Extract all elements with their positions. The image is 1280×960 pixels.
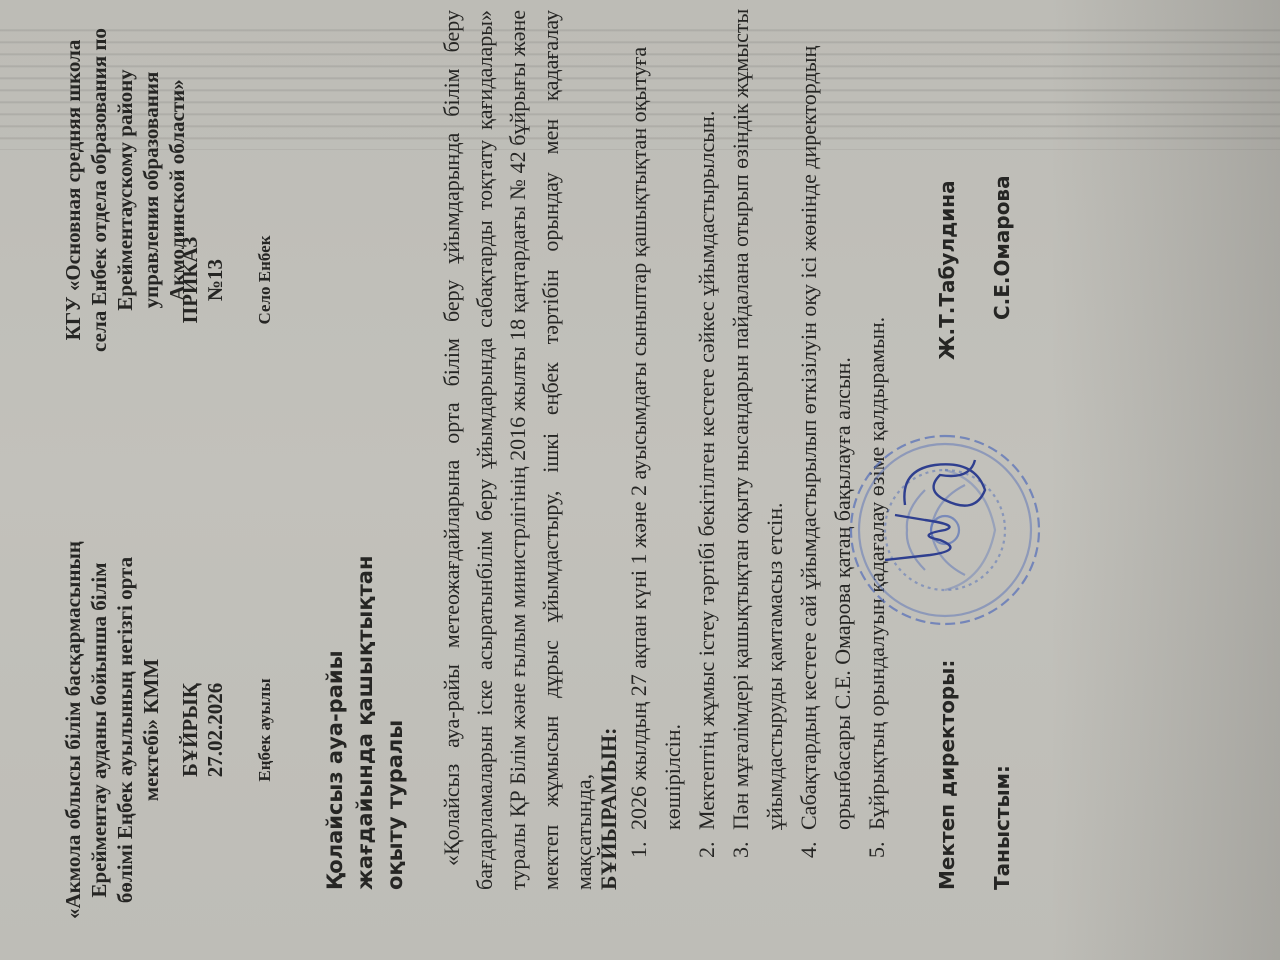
official-stamp-icon bbox=[845, 430, 1045, 630]
director-label: Мектеп директоры: bbox=[935, 660, 959, 890]
acknowledged-name: С.Е.Омарова bbox=[990, 175, 1014, 320]
order-item: Сабақтардың кестеге сай ұйымдастырылып ө… bbox=[792, 0, 860, 836]
acknowledged-label: Таныстым: bbox=[990, 765, 1014, 890]
order-block-kazakh: БҰЙРЫҚ 27.02.2026 bbox=[178, 630, 228, 830]
director-name: Ж.Т.Табулдина bbox=[935, 180, 959, 360]
subject-line: оқыту туралы bbox=[380, 470, 410, 890]
subject-line: Қолайсыз ауа-райы bbox=[320, 470, 350, 890]
header-russian: КГУ «Основная средняя школа села Енбек о… bbox=[60, 20, 190, 360]
subject-line: жағдайында қашықтықтан bbox=[350, 470, 380, 890]
order-directive: БҰЙЫРАМЫН: bbox=[596, 728, 622, 890]
order-title-kazakh: БҰЙРЫҚ bbox=[178, 630, 203, 830]
document-page: «Акмола облысы білім басқармасының Ерейм… bbox=[0, 0, 1280, 960]
preamble-paragraph: «Қолайсыз ауа-райы метеожағдайларына орт… bbox=[435, 10, 600, 890]
order-item: Мектептің жұмыс істеу тәртібі бекітілген… bbox=[690, 0, 724, 836]
place-russian: Село Енбек bbox=[255, 180, 275, 380]
order-title-russian: ПРИКАЗ bbox=[178, 180, 203, 380]
order-block-russian: ПРИКАЗ №13 bbox=[178, 180, 228, 380]
order-item: Пән мұғалімдері қашықтықтан оқыту нысанд… bbox=[724, 0, 792, 836]
order-item: Бұйрықтың орындалуын қадағалау өзіме қал… bbox=[860, 0, 894, 836]
order-number: №13 bbox=[203, 180, 228, 380]
order-item: 2026 жылдың 27 ақпан күні 1 және 2 ауысы… bbox=[622, 0, 690, 836]
order-subject: Қолайсыз ауа-райы жағдайында қашықтықтан… bbox=[320, 470, 410, 890]
place-kazakh: Еңбек ауылы bbox=[255, 630, 275, 830]
header-kazakh: «Акмола облысы білім басқармасының Ерейм… bbox=[60, 540, 164, 920]
order-date: 27.02.2026 bbox=[203, 630, 228, 830]
